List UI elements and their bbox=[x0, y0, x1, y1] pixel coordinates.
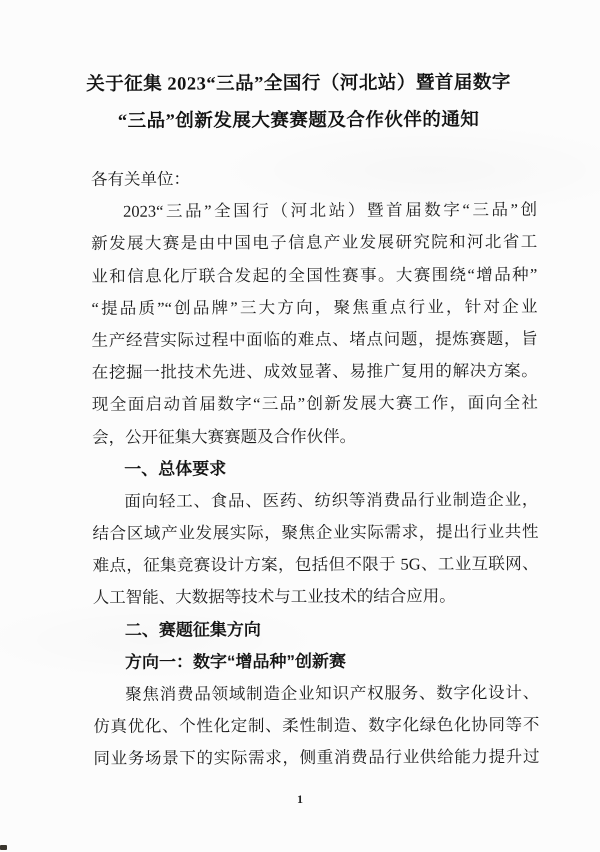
section-heading-1: 一、总体要求 bbox=[92, 452, 538, 486]
paragraph-line: 会，公开征集大赛赛题及合作伙伴。 bbox=[92, 419, 538, 453]
section-heading-3: 方向一：数字“增品种”创新赛 bbox=[93, 645, 539, 679]
paragraph-line: 生产经营实际过程中面临的难点、堵点问题，提炼赛题，旨 bbox=[92, 323, 538, 357]
paragraph-line: 面向轻工、食品、医药、纺织等消费品行业制造企业， bbox=[92, 484, 538, 518]
paragraph-line: “提品质”“创品牌”三大方向，聚焦重点行业，针对企业 bbox=[91, 291, 537, 325]
paragraph-line: 业和信息化厅联合发起的全国性赛事。大赛围绕“增品种” bbox=[91, 259, 537, 293]
paragraph-line: 人工智能、大数据等技术与工业技术的结合应用。 bbox=[93, 580, 539, 614]
paragraph-line: 在挖掘一批技术先进、成效显著、易推广复用的解决方案。 bbox=[92, 355, 538, 389]
document-title-line1: 关于征集 2023“三品”全国行（河北站）暨首届数字 bbox=[0, 65, 599, 105]
document-body: 各有关单位： 2023“三品”全国行（河北站）暨首届数字“三品”创 新发展大赛是… bbox=[91, 162, 540, 776]
paragraph-line: 2023“三品”全国行（河北站）暨首届数字“三品”创 bbox=[91, 194, 537, 228]
paragraph-line: 仿真优化、个性化定制、柔性制造、数字化绿色化协同等不 bbox=[93, 709, 539, 743]
scan-artifact-mark bbox=[0, 845, 7, 850]
paragraph-line: 同业务场景下的实际需求，侧重消费品行业供给能力提升过 bbox=[93, 741, 539, 775]
paragraph-line: 现全面启动首届数字“三品”创新发展大赛工作，面向全社 bbox=[92, 387, 538, 421]
paragraph-line: 难点，征集竞赛设计方案，包括但不限于 5G、工业互联网、 bbox=[93, 548, 539, 582]
paragraph-line: 新发展大赛是由中国电子信息产业发展研究院和河北省工 bbox=[91, 226, 537, 260]
scanned-content: 关于征集 2023“三品”全国行（河北站）暨首届数字 “三品”创新发展大赛赛题及… bbox=[0, 0, 600, 852]
document-title: 关于征集 2023“三品”全国行（河北站）暨首届数字 “三品”创新发展大赛赛题及… bbox=[0, 65, 599, 142]
document-page: 关于征集 2023“三品”全国行（河北站）暨首届数字 “三品”创新发展大赛赛题及… bbox=[0, 0, 600, 852]
section-heading-2: 二、赛题征集方向 bbox=[93, 613, 539, 647]
document-title-line2: “三品”创新发展大赛赛题及合作伙伴的通知 bbox=[0, 102, 599, 142]
paragraph-line: 聚焦消费品领域制造企业知识产权服务、数字化设计、 bbox=[93, 677, 539, 711]
page-number: 1 bbox=[0, 792, 600, 807]
paragraph-line: 结合区域产业发展实际，聚焦企业实际需求，提出行业共性 bbox=[92, 516, 538, 550]
salutation: 各有关单位： bbox=[91, 162, 537, 196]
